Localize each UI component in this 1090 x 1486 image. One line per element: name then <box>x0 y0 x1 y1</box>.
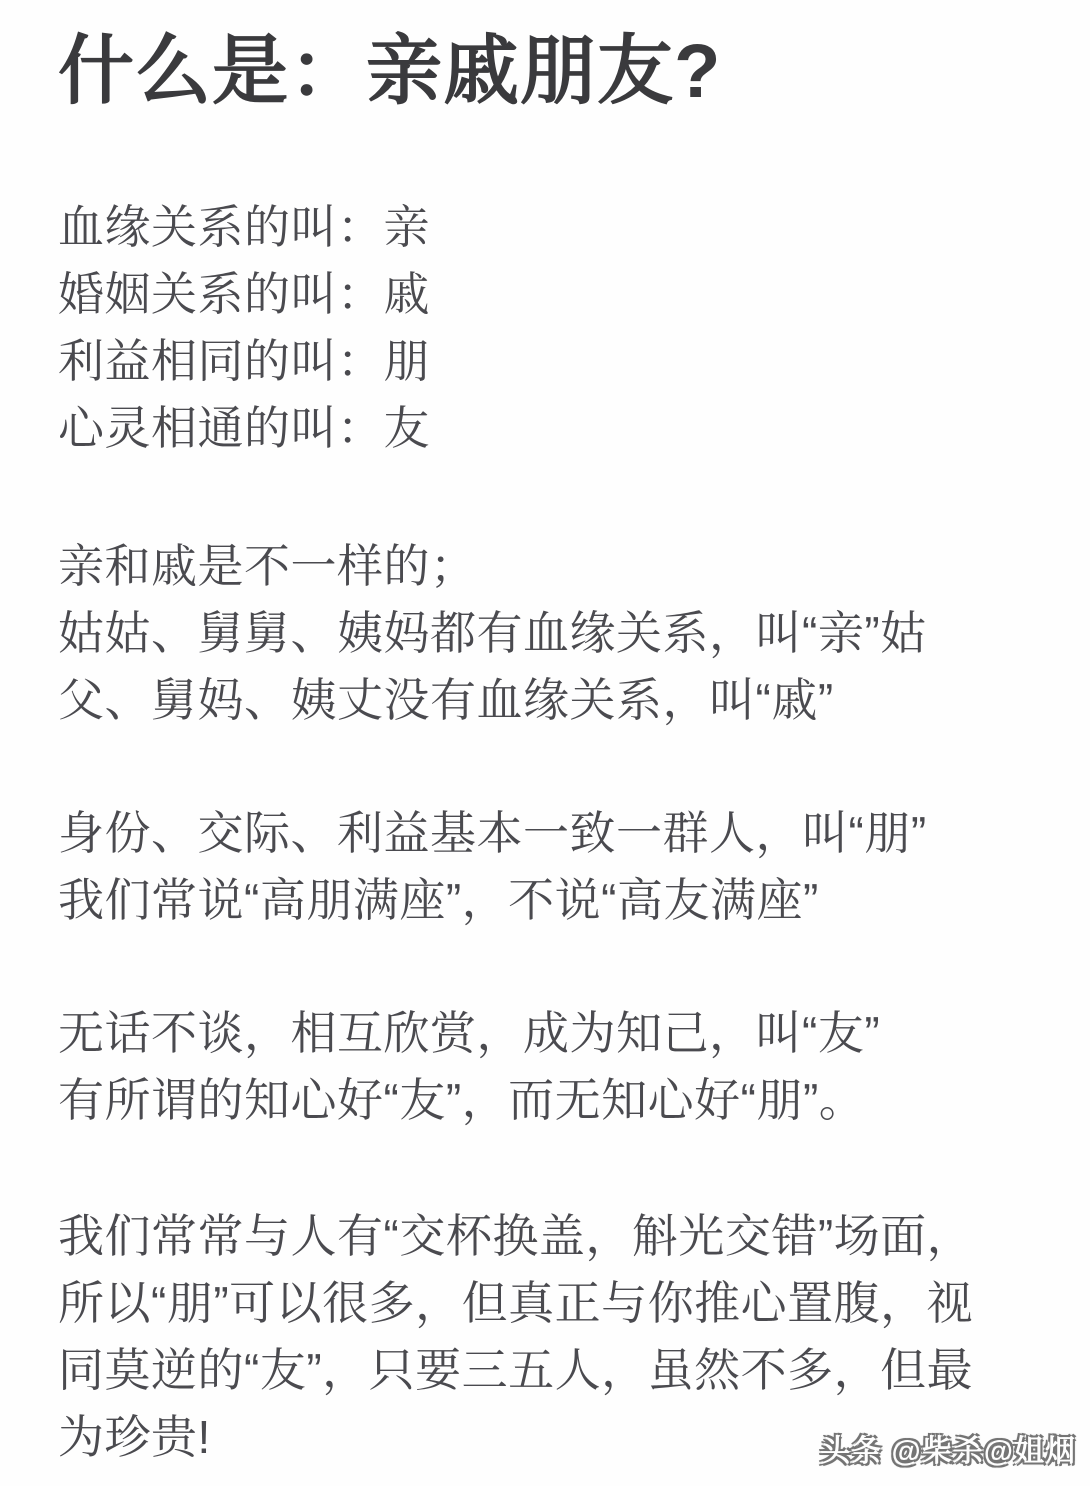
paragraph-you: 无话不谈，相互欣赏，成为知己，叫“友” 有所谓的知心好“友”，而无知心好“朋”。 <box>58 1000 1054 1134</box>
toutiao-watermark: 头条 @柴杀@姐烟 <box>820 1426 1076 1470</box>
text-line: 利益相同的叫：朋 <box>58 328 1054 395</box>
paragraph-peng: 身份、交际、利益基本一致一群人，叫“朋” 我们常说“高朋满座”，不说“高友满座” <box>58 800 1054 934</box>
text-line: 父、舅妈、姨丈没有血缘关系，叫“戚” <box>58 667 1054 734</box>
text-line: 婚姻关系的叫：戚 <box>58 261 1054 328</box>
text-line: 姑姑、舅舅、姨妈都有血缘关系，叫“亲”姑 <box>58 600 1054 667</box>
text-line: 有所谓的知心好“友”，而无知心好“朋”。 <box>58 1067 1054 1134</box>
page-title: 什么是：亲戚朋友? <box>58 28 1054 116</box>
text-line: 血缘关系的叫：亲 <box>58 194 1054 261</box>
paragraph-qin-vs-qi: 亲和戚是不一样的； 姑姑、舅舅、姨妈都有血缘关系，叫“亲”姑 父、舅妈、姨丈没有… <box>58 533 1054 734</box>
text-line: 无话不谈，相互欣赏，成为知己，叫“友” <box>58 1000 1054 1067</box>
text-line: 亲和戚是不一样的； <box>58 533 1054 600</box>
text-line: 所以“朋”可以很多，但真正与你推心置腹，视 <box>58 1270 1054 1337</box>
text-line: 同莫逆的“友”，只要三五人，虽然不多，但最 <box>58 1337 1054 1404</box>
text-line: 心灵相通的叫：友 <box>58 395 1054 462</box>
text-line: 我们常说“高朋满座”，不说“高友满座” <box>58 867 1054 934</box>
text-line: 我们常常与人有“交杯换盖，斛光交错”场面， <box>58 1203 1054 1270</box>
text-line: 身份、交际、利益基本一致一群人，叫“朋” <box>58 800 1054 867</box>
article-image: 什么是：亲戚朋友? 血缘关系的叫：亲 婚姻关系的叫：戚 利益相同的叫：朋 心灵相… <box>0 0 1090 1486</box>
paragraph-definitions: 血缘关系的叫：亲 婚姻关系的叫：戚 利益相同的叫：朋 心灵相通的叫：友 <box>58 194 1054 462</box>
